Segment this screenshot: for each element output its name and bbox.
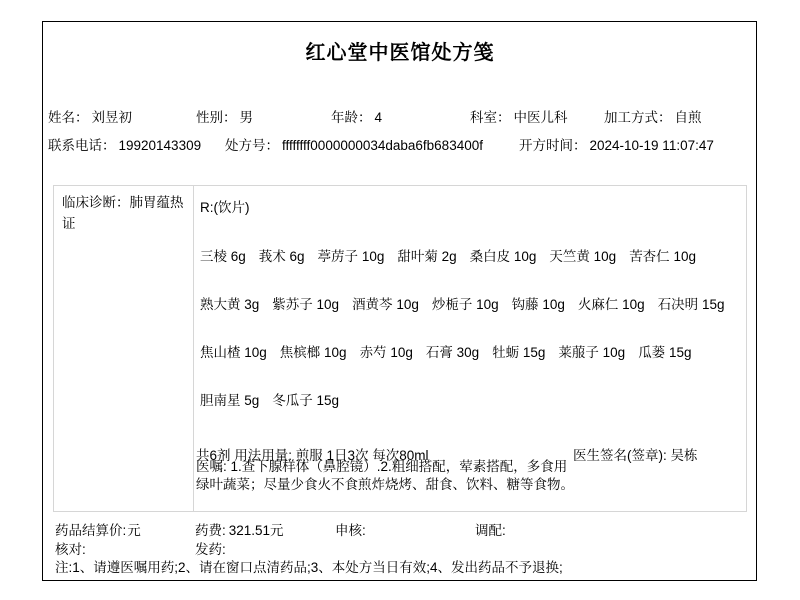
settle-price-label: 药品结算价:: [55, 523, 126, 538]
herb-item: 莱菔子 10g: [558, 345, 625, 360]
field-issue-time: 开方时间：2024-10-19 11:07:47: [519, 134, 714, 154]
herb-item: 石膏 30g: [426, 345, 479, 360]
issue-time-value: 2024-10-19 11:07:47: [590, 138, 714, 153]
herb-item: 瓜蒌 15g: [638, 345, 691, 360]
phone-value: 19920143309: [119, 138, 202, 153]
footer-note: 注:1、请遵医嘱用药;2、请在窗口点清药品;3、本处方当日有效;4、发出药品不予…: [55, 556, 563, 576]
herb-item: 甜叶菊 2g: [397, 249, 456, 264]
diagnosis-label: 临床诊断：: [62, 195, 130, 210]
herb-item: 三棱 6g: [200, 249, 246, 264]
issue-time-label: 开方时间：: [519, 138, 587, 153]
doctor-signature-value: 吴栋: [671, 448, 698, 463]
herb-item: 赤芍 10g: [360, 345, 413, 360]
herb-line: 胆南星 5g冬瓜子 15g: [200, 389, 745, 409]
field-issue-medicine: 发药:: [195, 538, 229, 558]
field-rx-number: 处方号：ffffffff0000000034daba6fb683400f: [225, 134, 483, 154]
herb-line: 熟大黄 3g紫苏子 10g酒黄芩 10g炒栀子 10g钩藤 10g火麻仁 10g…: [200, 293, 745, 313]
doctor-signature: 医生签名(签章): 吴栋: [573, 444, 698, 464]
patient-name-value: 刘昱初: [92, 110, 133, 125]
gender-value: 男: [240, 110, 254, 125]
medicine-fee-value: 321.51元: [229, 523, 284, 538]
diagnosis-divider: [193, 186, 194, 511]
processing-value: 自煎: [675, 110, 702, 125]
herb-item: 钩藤 10g: [512, 297, 565, 312]
field-processing-method: 加工方式：自煎: [604, 106, 702, 126]
herb-item: 火麻仁 10g: [578, 297, 645, 312]
medicine-fee-label: 药费:: [195, 523, 226, 538]
field-patient-name: 姓名：刘昱初: [48, 106, 132, 126]
department-label: 科室：: [470, 110, 511, 125]
processing-label: 加工方式：: [604, 110, 672, 125]
herb-item: 葶苈子 10g: [318, 249, 385, 264]
field-medicine-fee: 药费:321.51元: [195, 519, 284, 539]
rx-number-value: ffffffff0000000034daba6fb683400f: [282, 138, 483, 153]
herb-item: 牡蛎 15g: [492, 345, 545, 360]
gender-label: 性别：: [196, 110, 237, 125]
phone-label: 联系电话：: [48, 138, 116, 153]
rx-number-label: 处方号：: [225, 138, 279, 153]
herb-line: 焦山楂 10g焦槟榔 10g赤芍 10g石膏 30g牡蛎 15g莱菔子 10g瓜…: [200, 341, 745, 361]
dispense-label: 调配:: [475, 523, 506, 538]
field-gender: 性别：男: [196, 106, 253, 126]
herb-item: 紫苏子 10g: [272, 297, 339, 312]
herb-item: 石决明 15g: [658, 297, 725, 312]
field-dispense: 调配:: [475, 519, 509, 539]
field-check: 核对:: [55, 538, 89, 558]
herb-item: 焦槟榔 10g: [280, 345, 347, 360]
rx-header: R:(饮片): [200, 196, 250, 216]
field-age: 年龄：4: [331, 106, 382, 126]
review-label: 申核:: [335, 523, 366, 538]
herb-line: 三棱 6g莪术 6g葶苈子 10g甜叶菊 2g桑白皮 10g天竺黄 10g苦杏仁…: [200, 245, 745, 265]
patient-name-label: 姓名：: [48, 110, 89, 125]
department-value: 中医儿科: [514, 110, 568, 125]
issue-medicine-label: 发药:: [195, 542, 226, 557]
age-label: 年龄：: [331, 110, 372, 125]
herb-item: 胆南星 5g: [200, 393, 259, 408]
doctor-signature-label: 医生签名(签章):: [573, 448, 667, 463]
field-settle-price: 药品结算价:元: [55, 519, 141, 539]
age-value: 4: [375, 110, 383, 125]
check-label: 核对:: [55, 542, 86, 557]
herb-item: 冬瓜子 15g: [272, 393, 339, 408]
field-review: 申核:: [335, 519, 369, 539]
settle-price-value: 元: [127, 523, 141, 538]
herb-item: 莪术 6g: [259, 249, 305, 264]
herb-item: 苦杏仁 10g: [629, 249, 696, 264]
herb-item: 熟大黄 3g: [200, 297, 259, 312]
prescription-page: 红心堂中医馆处方笺 姓名：刘昱初 性别：男 年龄：4 科室：中医儿科 加工方式：…: [0, 0, 800, 600]
clinical-diagnosis: 临床诊断：肺胃蕴热证: [62, 192, 186, 234]
herb-item: 酒黄芩 10g: [352, 297, 419, 312]
herb-item: 焦山楂 10g: [200, 345, 267, 360]
herb-item: 天竺黄 10g: [549, 249, 616, 264]
herb-item: 桑白皮 10g: [470, 249, 537, 264]
field-phone: 联系电话：19920143309: [48, 134, 201, 154]
field-department: 科室：中医儿科: [470, 106, 568, 126]
herb-item: 炒栀子 10g: [432, 297, 499, 312]
page-title: 红心堂中医馆处方笺: [0, 36, 800, 65]
medical-advice: 医嘱: 1.查下腺样体（鼻腔镜）.2.粗细搭配，荤素搭配，多食用绿叶蔬菜；尽量少…: [196, 458, 576, 494]
